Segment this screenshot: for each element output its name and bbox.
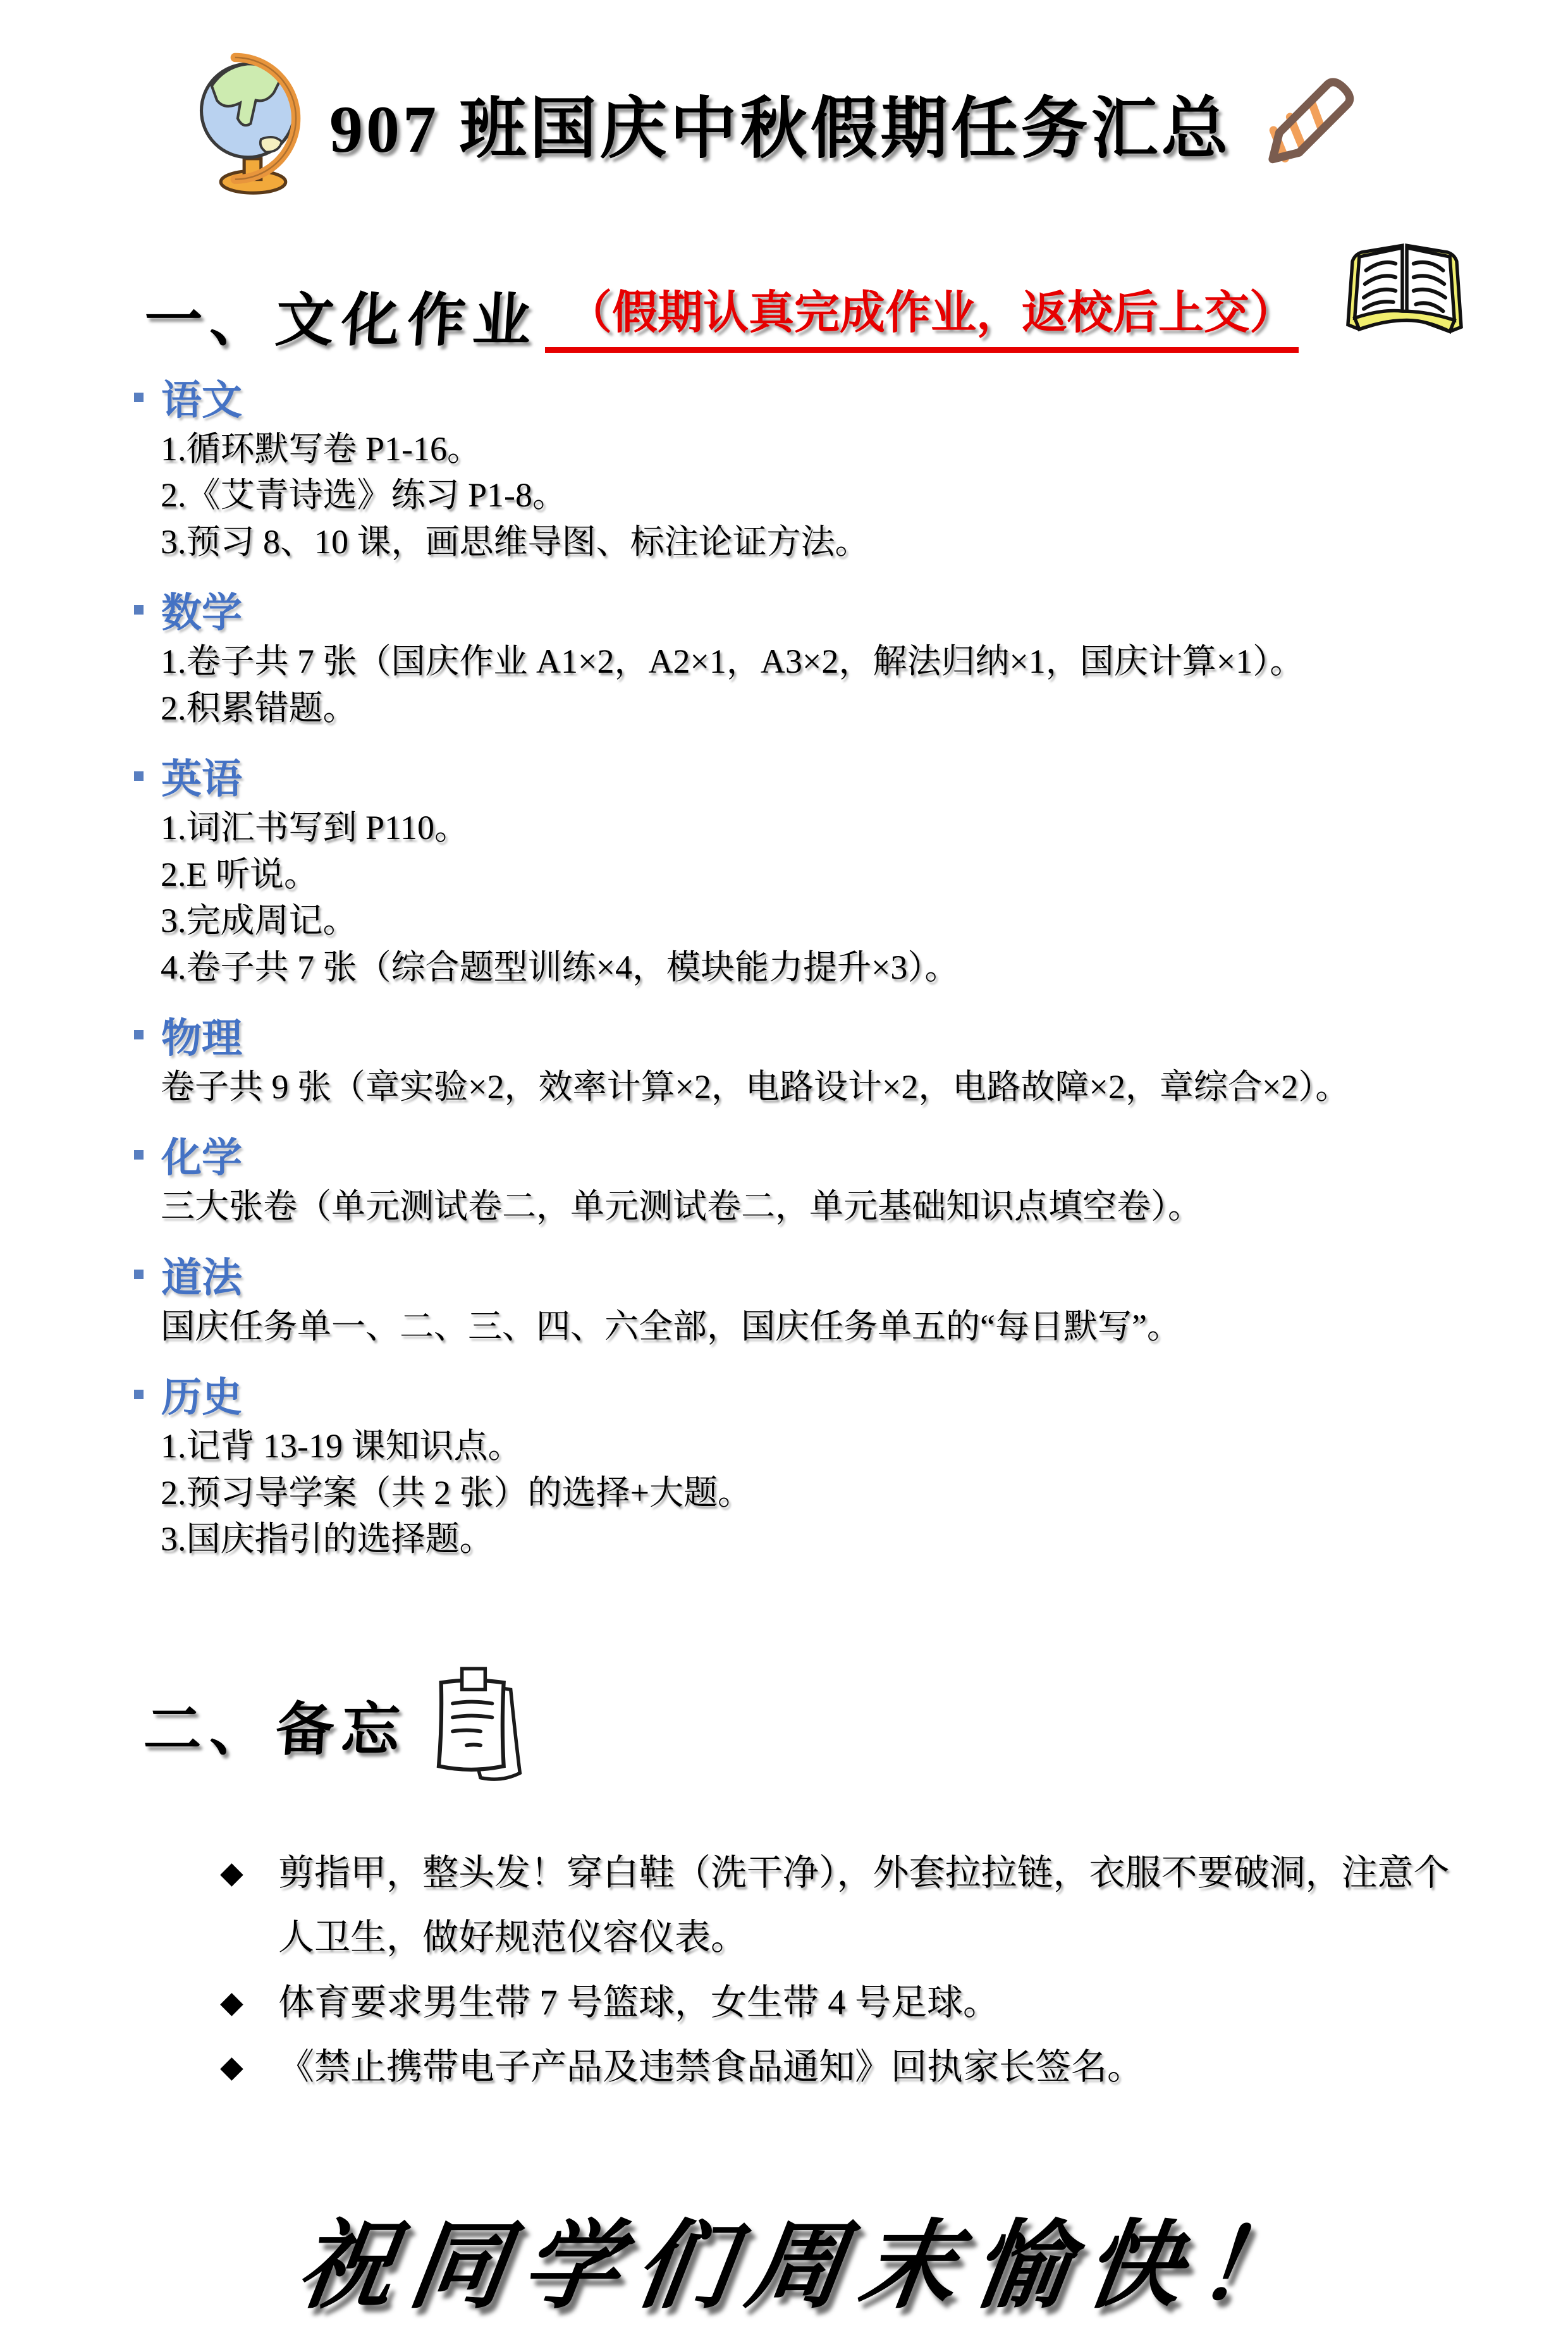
subject-items: 1.卷子共 7 张（国庆作业 A1×2，A2×1，A3×2，解法归纳×1，国庆计… — [161, 639, 1467, 732]
memo-text: 剪指甲，整头发！穿白鞋（洗干净），外套拉拉链，衣服不要破洞，注意个人卫生，做好规… — [278, 1841, 1459, 1971]
subject-item: 2.《艾青诗选》练习 P1-8。 — [161, 472, 1467, 518]
subject-block-lishi: 历史 1.记背 13-19 课知识点。 2.预习导学案（共 2 张）的选择+大题… — [144, 1366, 1467, 1562]
section1-heading: 一、文化作业 — [142, 289, 541, 353]
subject-block-shuxue: 数学 1.卷子共 7 张（国庆作业 A1×2，A2×1，A3×2，解法归纳×1，… — [144, 582, 1467, 732]
memo-bullet: ◆ 《禁止携带电子产品及违禁食品通知》回执家长签名。 — [220, 2035, 1459, 2100]
page-header: 907 班国庆中秋假期任务汇总 — [188, 44, 1467, 202]
subject-item: 1.循环默写卷 P1-16。 — [161, 426, 1467, 472]
subject-item: 1.词汇书写到 P110。 — [161, 805, 1467, 851]
subject-item: 2.E 听说。 — [161, 852, 1467, 898]
document-page: 907 班国庆中秋假期任务汇总 一、文化作业 （假期认真完成作业，返校后上交） … — [0, 0, 1568, 2352]
subject-item: 卷子共 9 张（章实验×2，效率计算×2，电路设计×2，电路故障×2，章综合×2… — [161, 1064, 1467, 1110]
subject-bullet-square — [134, 393, 144, 402]
subject-items: 1.循环默写卷 P1-16。 2.《艾青诗选》练习 P1-8。 3.预习 8、1… — [161, 426, 1467, 565]
subject-items: 卷子共 9 张（章实验×2，效率计算×2，电路设计×2，电路故障×2，章综合×2… — [161, 1064, 1467, 1110]
globe-icon — [188, 49, 318, 198]
subject-bullet-square — [134, 771, 144, 781]
subject-item: 国庆任务单一、二、三、四、六全部，国庆任务单五的“每日默写”。 — [161, 1304, 1467, 1350]
subject-item: 1.记背 13-19 课知识点。 — [161, 1423, 1467, 1469]
subject-name: 道法 — [161, 1246, 242, 1304]
subject-item: 4.卷子共 7 张（综合题型训练×4，模块能力提升×3）。 — [161, 945, 1467, 991]
subject-items: 1.记背 13-19 课知识点。 2.预习导学案（共 2 张）的选择+大题。 3… — [161, 1423, 1467, 1562]
subject-item: 3.国庆指引的选择题。 — [161, 1516, 1467, 1562]
clipboard-icon — [425, 1659, 529, 1801]
pencil-icon — [1248, 59, 1365, 188]
page-title: 907 班国庆中秋假期任务汇总 — [329, 75, 1232, 171]
subject-bullet-square — [134, 605, 144, 615]
subject-name: 化学 — [161, 1125, 242, 1184]
subject-item: 三大张卷（单元测试卷二，单元测试卷二，单元基础知识点填空卷）。 — [161, 1184, 1467, 1230]
subject-name: 英语 — [161, 747, 242, 805]
subject-block-huaxue: 化学 三大张卷（单元测试卷二，单元测试卷二，单元基础知识点填空卷）。 — [144, 1127, 1467, 1230]
subject-item: 2.预习导学案（共 2 张）的选择+大题。 — [161, 1470, 1467, 1516]
memo-bullet: ◆ 体育要求男生带 7 号篮球，女生带 4 号足球。 — [220, 1971, 1459, 2036]
subject-name: 数学 — [161, 580, 242, 639]
diamond-bullet-icon: ◆ — [220, 1841, 278, 1906]
subject-name: 历史 — [161, 1365, 242, 1423]
open-book-icon — [1337, 235, 1473, 352]
memo-text: 体育要求男生带 7 号篮球，女生带 4 号足球。 — [278, 1971, 1459, 2036]
subject-bullet-square — [134, 1390, 144, 1399]
subject-block-yuwen: 语文 1.循环默写卷 P1-16。 2.《艾青诗选》练习 P1-8。 3.预习 … — [144, 369, 1467, 565]
subject-items: 1.词汇书写到 P110。 2.E 听说。 3.完成周记。 4.卷子共 7 张（… — [161, 805, 1467, 991]
subject-block-yingyu: 英语 1.词汇书写到 P110。 2.E 听说。 3.完成周记。 4.卷子共 7… — [144, 748, 1467, 991]
diamond-bullet-icon: ◆ — [220, 2035, 278, 2100]
subject-header: 物理 — [144, 1007, 1467, 1063]
subject-header: 语文 — [144, 369, 1467, 425]
subject-name: 物理 — [161, 1006, 242, 1064]
subject-name: 语文 — [161, 368, 242, 426]
memo-text: 《禁止携带电子产品及违禁食品通知》回执家长签名。 — [278, 2035, 1459, 2100]
subject-bullet-square — [134, 1030, 144, 1039]
subject-item: 2.积累错题。 — [161, 685, 1467, 732]
subject-item: 1.卷子共 7 张（国庆作业 A1×2，A2×1，A3×2，解法归纳×1，国庆计… — [161, 639, 1467, 685]
subject-bullet-square — [134, 1150, 144, 1160]
subject-header: 化学 — [144, 1127, 1467, 1182]
subject-header: 英语 — [144, 748, 1467, 804]
subject-item: 3.预习 8、10 课，画思维导图、标注论证方法。 — [161, 519, 1467, 565]
subject-list: 语文 1.循环默写卷 P1-16。 2.《艾青诗选》练习 P1-8。 3.预习 … — [144, 369, 1467, 1563]
subject-header: 数学 — [144, 582, 1467, 637]
subject-items: 三大张卷（单元测试卷二，单元测试卷二，单元基础知识点填空卷）。 — [161, 1184, 1467, 1230]
subject-header: 历史 — [144, 1366, 1467, 1422]
subject-items: 国庆任务单一、二、三、四、六全部，国庆任务单五的“每日默写”。 — [161, 1304, 1467, 1350]
subject-bullet-square — [134, 1270, 144, 1279]
footer: 祝同学们周末愉快！ — [144, 2189, 1467, 2327]
section1-note: （假期认真完成作业，返校后上交） — [545, 288, 1299, 353]
subject-block-wuli: 物理 卷子共 9 张（章实验×2，效率计算×2，电路设计×2，电路故障×2，章综… — [144, 1007, 1467, 1110]
subject-item: 3.完成周记。 — [161, 898, 1467, 944]
section2-heading: 二、备忘 — [142, 1698, 409, 1762]
diamond-bullet-icon: ◆ — [220, 1971, 278, 2036]
subject-header: 道法 — [144, 1247, 1467, 1302]
memo-list: ◆ 剪指甲，整头发！穿白鞋（洗干净），外套拉拉链，衣服不要破洞，注意个人卫生，做… — [220, 1841, 1459, 2101]
section1-heading-row: 一、文化作业 （假期认真完成作业，返校后上交） — [144, 233, 1467, 353]
memo-bullet: ◆ 剪指甲，整头发！穿白鞋（洗干净），外套拉拉链，衣服不要破洞，注意个人卫生，做… — [220, 1841, 1459, 1971]
subject-block-daofa: 道法 国庆任务单一、二、三、四、六全部，国庆任务单五的“每日默写”。 — [144, 1247, 1467, 1350]
section2-heading-row: 二、备忘 — [144, 1658, 1467, 1803]
footer-text: 祝同学们周末愉快！ — [290, 2189, 1322, 2327]
